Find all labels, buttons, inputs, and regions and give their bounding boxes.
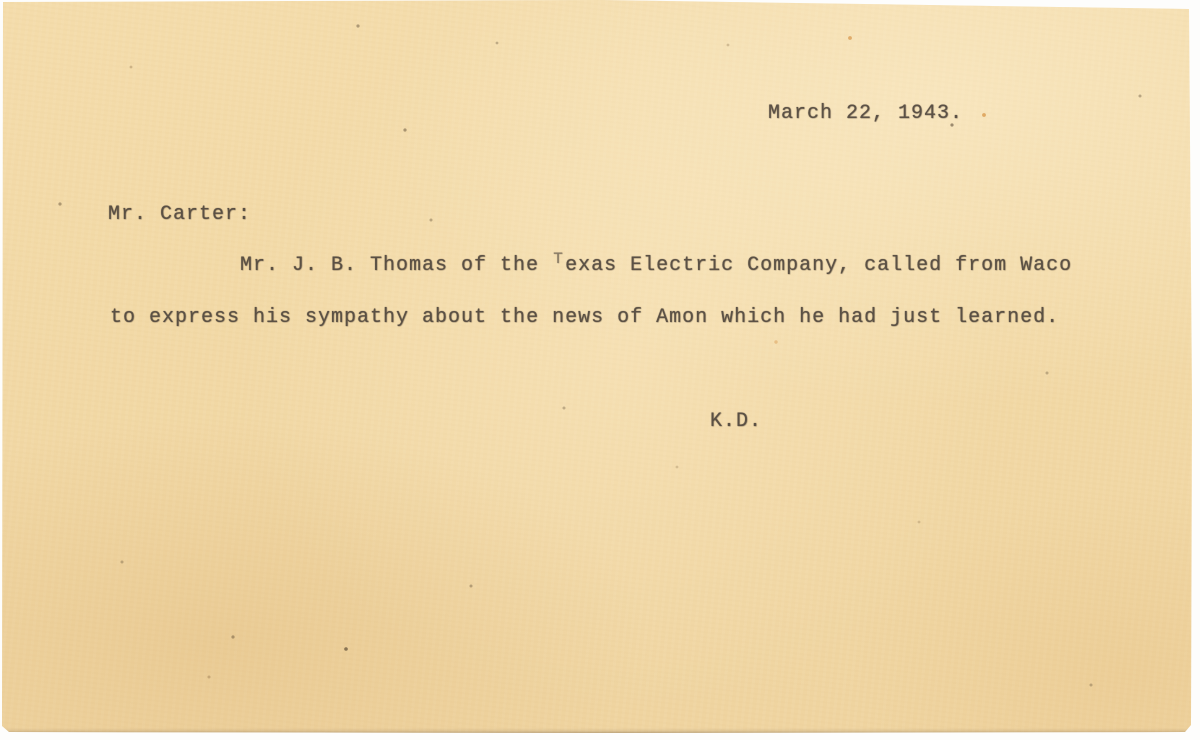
memo-salutation: Mr. Carter:	[108, 203, 251, 226]
memo-paper: March 22, 1943. Mr. Carter: Mr. J. B. Th…	[0, 0, 1200, 733]
scanned-memo-page: March 22, 1943. Mr. Carter: Mr. J. B. Th…	[0, 0, 1200, 740]
memo-signature-initials: K.D.	[710, 410, 762, 433]
memo-body-line-1-prefix: Mr. J. B. Thomas of the	[240, 254, 552, 277]
memo-date: March 22, 1943.	[768, 102, 963, 125]
memo-body-line-1: Mr. J. B. Thomas of the Texas Electric C…	[240, 254, 1072, 277]
memo-body-line-2: to express his sympathy about the news o…	[110, 306, 1059, 329]
memo-body-line-1-raised-letter: T	[553, 250, 563, 268]
memo-body-line-1-rest: exas Electric Company, called from Waco	[565, 254, 1072, 277]
paper-speckles	[0, 0, 2, 2]
